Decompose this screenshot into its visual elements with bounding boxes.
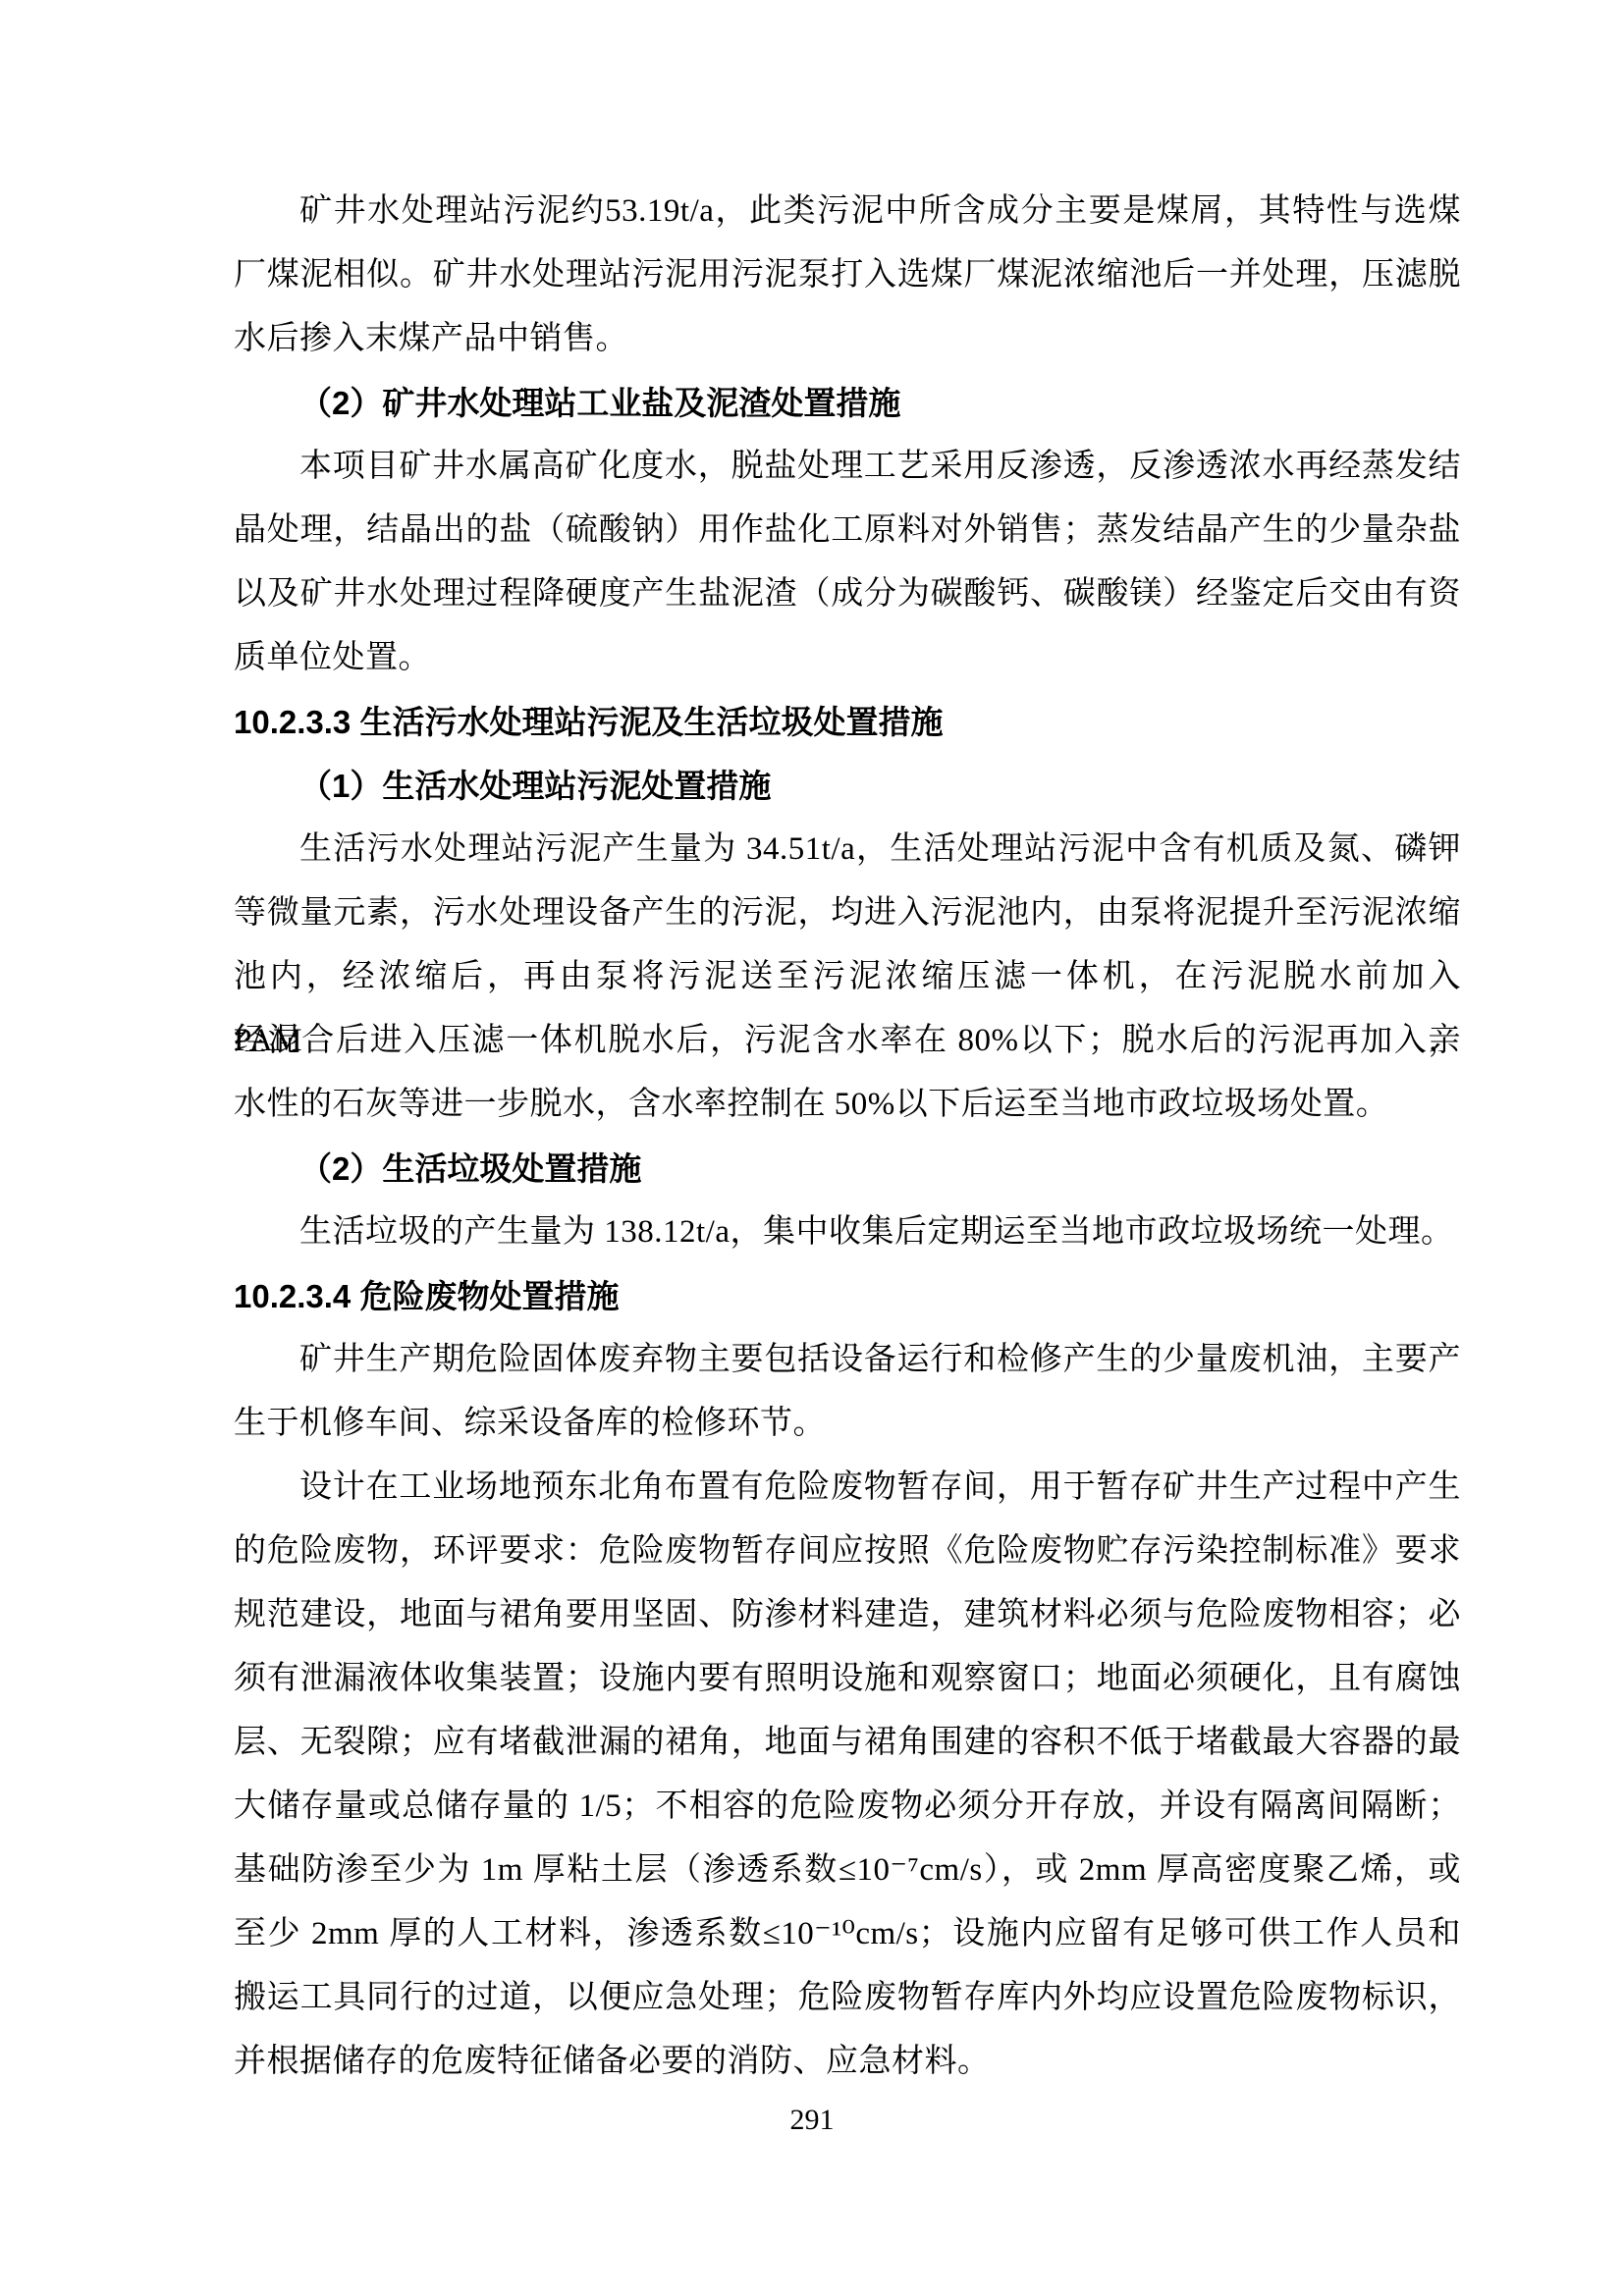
text-line: 须有泄漏液体收集装置；设施内要有照明设施和观察窗口；地面必须硬化，且有腐蚀: [234, 1647, 1461, 1711]
sub-heading: （2）矿井水处理站工业盐及泥渣处置措施: [234, 371, 1461, 435]
section-heading: 10.2.3.3 生活污水处理站污泥及生活垃圾处置措施: [234, 690, 1461, 754]
text-line: 层、无裂隙；应有堵截泄漏的裙角，地面与裙角围建的容积不低于堵截最大容器的最: [234, 1711, 1461, 1775]
text-line: 的危险废物，环评要求：危险废物暂存间应按照《危险废物贮存污染控制标准》要求: [234, 1520, 1461, 1583]
text-line: 大储存量或总储存量的 1/5；不相容的危险废物必须分开存放，并设有隔离间隔断；: [234, 1775, 1461, 1839]
heading-line: 10.2.3.3 生活污水处理站污泥及生活垃圾处置措施: [234, 690, 1461, 754]
text-line: 质单位处置。: [234, 626, 1461, 690]
section-heading: 10.2.3.4 危险废物处置措施: [234, 1264, 1461, 1328]
text-line: 池内，经浓缩后，再由泵将污泥送至污泥浓缩压滤一体机，在污泥脱水前加入 PAM，: [234, 945, 1461, 1009]
text-line: 生活垃圾的产生量为 138.12t/a，集中收集后定期运至当地市政垃圾场统一处理…: [234, 1201, 1461, 1264]
heading-line: （2）矿井水处理站工业盐及泥渣处置措施: [234, 371, 1461, 435]
paragraph: 生活污水处理站污泥产生量为 34.51t/a，生活处理站污泥中含有机质及氮、磷钾…: [234, 818, 1461, 1137]
text-line: 水性的石灰等进一步脱水，含水率控制在 50%以下后运至当地市政垃圾场处置。: [234, 1073, 1461, 1137]
text-line: 基础防渗至少为 1m 厚粘土层（渗透系数≤10⁻⁷cm/s），或 2mm 厚高密…: [234, 1839, 1461, 1902]
text-line: 规范建设，地面与裙角要用坚固、防渗材料建造，建筑材料必须与危险废物相容；必: [234, 1583, 1461, 1647]
text-line: 晶处理，结晶出的盐（硫酸钠）用作盐化工原料对外销售；蒸发结晶产生的少量杂盐: [234, 499, 1461, 562]
text-line: 以及矿井水处理过程降硬度产生盐泥渣（成分为碳酸钙、碳酸镁）经鉴定后交由有资: [234, 562, 1461, 626]
text-line: 经混合后进入压滤一体机脱水后，污泥含水率在 80%以下；脱水后的污泥再加入亲: [234, 1009, 1461, 1073]
sub-heading: （2）生活垃圾处置措施: [234, 1137, 1461, 1201]
text-line: 等微量元素，污水处理设备产生的污泥，均进入污泥池内，由泵将泥提升至污泥浓缩: [234, 881, 1461, 945]
text-line: 矿井水处理站污泥约53.19t/a，此类污泥中所含成分主要是煤屑，其特性与选煤: [234, 180, 1461, 243]
text-line: 生于机修车间、综采设备库的检修环节。: [234, 1392, 1461, 1456]
text-line: 本项目矿井水属高矿化度水，脱盐处理工艺采用反渗透，反渗透浓水再经蒸发结: [234, 435, 1461, 499]
heading-line: （1）生活水处理站污泥处置措施: [234, 754, 1461, 818]
text-line: 矿井生产期危险固体废弃物主要包括设备运行和检修产生的少量废机油，主要产: [234, 1328, 1461, 1392]
page-number: 291: [0, 2101, 1624, 2140]
heading-line: 10.2.3.4 危险废物处置措施: [234, 1264, 1461, 1328]
sub-heading: （1）生活水处理站污泥处置措施: [234, 754, 1461, 818]
text-line: 厂煤泥相似。矿井水处理站污泥用污泥泵打入选煤厂煤泥浓缩池后一并处理，压滤脱: [234, 243, 1461, 307]
text-line: 生活污水处理站污泥产生量为 34.51t/a，生活处理站污泥中含有机质及氮、磷钾: [234, 818, 1461, 881]
heading-line: （2）生活垃圾处置措施: [234, 1137, 1461, 1201]
document-body: 矿井水处理站污泥约53.19t/a，此类污泥中所含成分主要是煤屑，其特性与选煤厂…: [234, 180, 1461, 2094]
paragraph: 矿井生产期危险固体废弃物主要包括设备运行和检修产生的少量废机油，主要产生于机修车…: [234, 1328, 1461, 1456]
document-page: 矿井水处理站污泥约53.19t/a，此类污泥中所含成分主要是煤屑，其特性与选煤厂…: [0, 0, 1624, 2296]
paragraph: 本项目矿井水属高矿化度水，脱盐处理工艺采用反渗透，反渗透浓水再经蒸发结晶处理，结…: [234, 435, 1461, 690]
paragraph: 生活垃圾的产生量为 138.12t/a，集中收集后定期运至当地市政垃圾场统一处理…: [234, 1201, 1461, 1264]
paragraph: 矿井水处理站污泥约53.19t/a，此类污泥中所含成分主要是煤屑，其特性与选煤厂…: [234, 180, 1461, 371]
text-line: 至少 2mm 厚的人工材料，渗透系数≤10⁻¹⁰cm/s；设施内应留有足够可供工…: [234, 1902, 1461, 1966]
text-line: 搬运工具同行的过道，以便应急处理；危险废物暂存库内外均应设置危险废物标识，: [234, 1966, 1461, 2030]
paragraph: 设计在工业场地预东北角布置有危险废物暂存间，用于暂存矿井生产过程中产生的危险废物…: [234, 1456, 1461, 2094]
text-line: 并根据储存的危废特征储备必要的消防、应急材料。: [234, 2030, 1461, 2094]
text-line: 水后掺入末煤产品中销售。: [234, 307, 1461, 371]
text-line: 设计在工业场地预东北角布置有危险废物暂存间，用于暂存矿井生产过程中产生: [234, 1456, 1461, 1520]
